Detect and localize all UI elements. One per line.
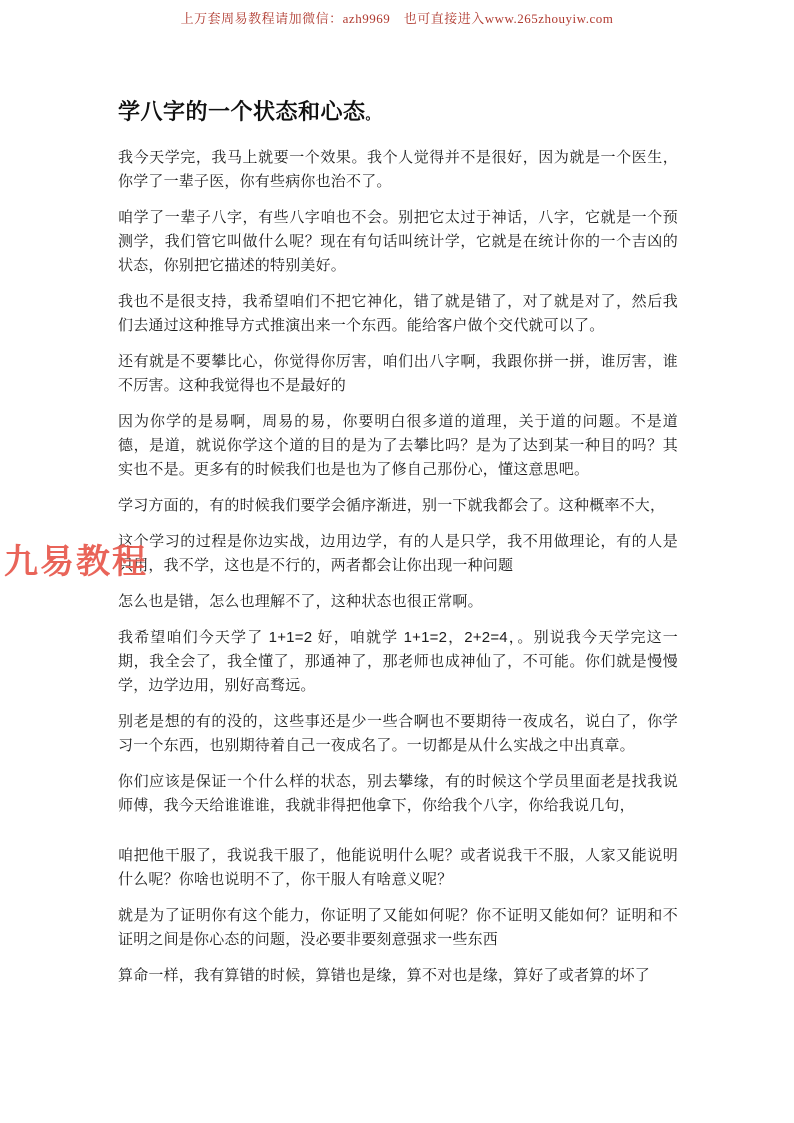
title-period: 。 — [366, 107, 380, 122]
paragraph: 还有就是不要攀比心，你觉得你厉害，咱们出八字啊，我跟你拼一拼，谁厉害，谁不厉害。… — [118, 350, 678, 398]
paragraph: 咱把他干服了，我说我干服了，他能说明什么呢？或者说我干不服，人家又能说明什么呢？… — [118, 844, 678, 892]
paragraph: 我也不是很支持，我希望咱们不把它神化，错了就是错了，对了就是对了，然后我们去通过… — [118, 290, 678, 338]
paragraph: 这个学习的过程是你边实战，边用边学，有的人是只学，我不用做理论，有的人是只用，我… — [118, 530, 678, 578]
page-title-text: 学八字的一个状态和心态 — [118, 99, 366, 124]
document-page: 上万套周易教程请加微信：azh9969 也可直接进入www.265zhouyiw… — [0, 0, 794, 1123]
watermark-text: 九易教程 — [4, 534, 148, 583]
document-body: 我今天学完，我马上就要一个效果。我个人觉得并不是很好，因为就是一个医生，你学了一… — [118, 146, 678, 988]
paragraph: 学习方面的，有的时候我们要学会循序渐进，别一下就我都会了。这种概率不大， — [118, 494, 678, 518]
paragraph: 因为你学的是易啊，周易的易，你要明白很多道的道理，关于道的问题。不是道德，是道，… — [118, 410, 678, 482]
paragraph: 我希望咱们今天学了 1+1=2 好，咱就学 1+1=2，2+2=4，。别说我今天… — [118, 626, 678, 698]
paragraph: 怎么也是错，怎么也理解不了，这种状态也很正常啊。 — [118, 590, 678, 614]
promo-header-text: 上万套周易教程请加微信：azh9969 也可直接进入www.265zhouyiw… — [181, 11, 614, 26]
page-title: 学八字的一个状态和心态。 — [118, 97, 678, 130]
paragraph: 别老是想的有的没的，这些事还是少一些合啊也不要期待一夜成名，说白了，你学习一个东… — [118, 710, 678, 758]
paragraph: 咱学了一辈子八字，有些八字咱也不会。别把它太过于神话，八字，它就是一个预测学，我… — [118, 206, 678, 278]
document-content: 学八字的一个状态和心态。 我今天学完，我马上就要一个效果。我个人觉得并不是很好，… — [118, 97, 678, 1000]
paragraph: 我今天学完，我马上就要一个效果。我个人觉得并不是很好，因为就是一个医生，你学了一… — [118, 146, 678, 194]
paragraph: 算命一样，我有算错的时候，算错也是缘，算不对也是缘，算好了或者算的坏了 — [118, 964, 678, 988]
paragraph: 你们应该是保证一个什么样的状态，别去攀缘，有的时候这个学员里面老是找我说师傅，我… — [118, 770, 678, 818]
promo-header: 上万套周易教程请加微信：azh9969 也可直接进入www.265zhouyiw… — [0, 8, 794, 27]
paragraph: 就是为了证明你有这个能力，你证明了又能如何呢？你不证明又能如何？证明和不证明之间… — [118, 904, 678, 952]
